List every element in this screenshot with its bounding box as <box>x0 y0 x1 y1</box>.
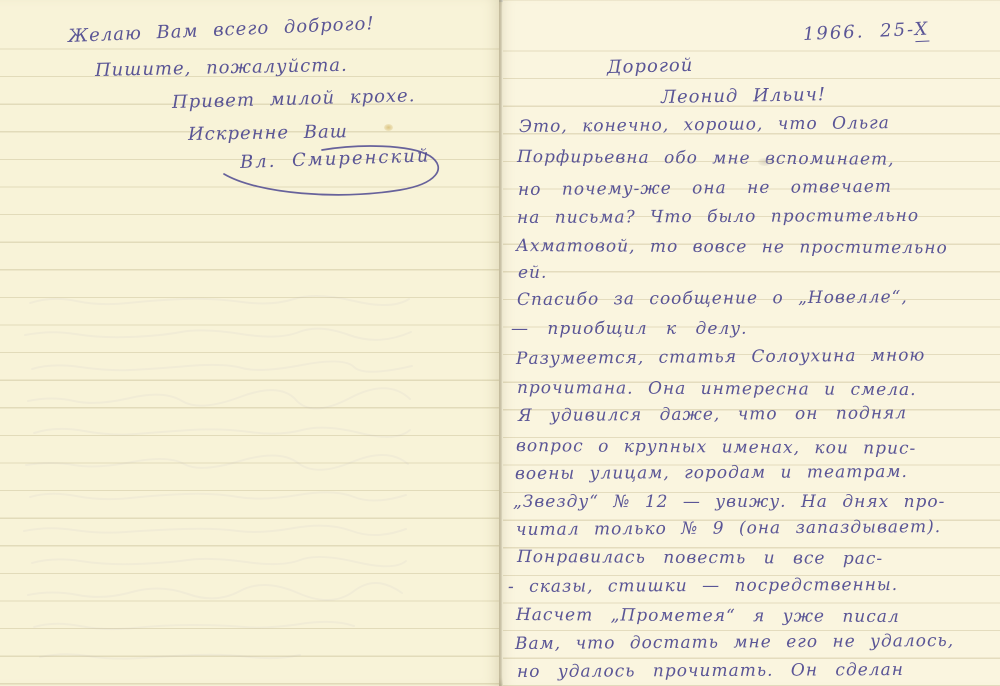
handwriting-line: на письма? Что было простительно <box>517 206 919 228</box>
handwriting-line: но почему-же она не отвечает <box>518 177 892 200</box>
bleed-through-ghost <box>0 285 499 680</box>
handwriting-line: ей. <box>518 263 547 283</box>
handwriting-line: Ахматовой, то вовсе не простительно <box>516 236 948 258</box>
handwriting-line: Насчет „Прометея“ я уже писал <box>516 605 900 627</box>
date-line: 1966. 25-X <box>803 18 930 44</box>
handwriting-line: Спасибо за сообщение о „Новелле“, <box>517 287 908 310</box>
handwriting-line: Пишите, пожалуйста. <box>95 55 348 81</box>
letter-page-left: Желаю Вам всего доброго! Пишите, пожалуй… <box>0 0 499 686</box>
handwriting-line: вопрос о крупных именах, кои прис- <box>516 436 916 459</box>
salutation-line: Леонид Ильич! <box>661 84 826 108</box>
handwriting-line: Привет милой крохе. <box>172 85 416 113</box>
handwriting-line: воены улицам, городам и театрам. <box>515 462 908 484</box>
handwriting-line: Я удивился даже, что он поднял <box>518 403 907 426</box>
handwriting-line: Желаю Вам всего доброго! <box>68 13 375 47</box>
letter-page-right: 1966. 25-X Дорогой Леонид Ильич! Это, ко… <box>503 0 1000 686</box>
date-month: X <box>914 18 930 42</box>
handwriting-line: „Звезду“ № 12 — увижу. На днях про- <box>513 492 945 512</box>
handwriting-line: Понравилась повесть и все рас- <box>517 547 883 569</box>
handwriting-line: прочитана. Она интересна и смела. <box>517 378 917 400</box>
handwriting-line: но удалось прочитать. Он сделан <box>517 660 904 682</box>
handwriting-line: — приобщил к делу. <box>511 319 747 339</box>
signature-flourish <box>218 138 454 210</box>
handwriting-line: Разумеется, статья Солоухина мною <box>516 345 926 369</box>
date-main: 1966. 25- <box>803 19 915 45</box>
salutation-line: Дорогой <box>607 55 694 78</box>
handwriting-line: Это, конечно, хорошо, что Ольга <box>519 113 890 137</box>
handwriting-line: Вам, что достать мне его не удалось, <box>515 631 954 654</box>
handwriting-line: Порфирьевна обо мне вспоминает, <box>517 147 895 170</box>
letter-scan: Желаю Вам всего доброго! Пишите, пожалуй… <box>0 0 1000 686</box>
handwriting-line: читал только № 9 (она запаздывает). <box>516 517 941 540</box>
handwriting-line: - сказы, стишки — посредственны. <box>508 575 898 597</box>
